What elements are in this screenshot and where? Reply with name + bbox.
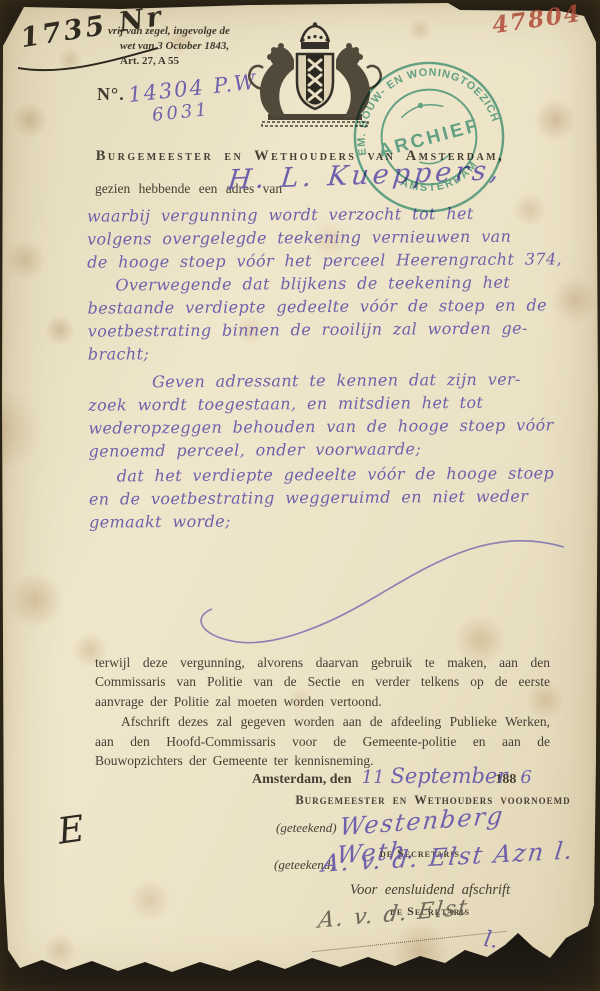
handwritten-line: en de voetbestrating weggeruimd en niet … — [89, 486, 559, 512]
date-year-suffix-handwritten: 6 — [520, 767, 531, 788]
stamp-exemption-note: vrij van zegel, ingevolge de wet van 3 O… — [108, 24, 230, 69]
lion-left-icon — [249, 43, 294, 117]
printed-paragraph: terwijl deze vergunning, alvorens daarva… — [95, 653, 550, 711]
stamp-center-text: ARCHIEF — [376, 114, 482, 161]
svg-text:AMSTERDAM: AMSTERDAM — [396, 156, 485, 203]
handwritten-line: volgens overgelegde teekening vernieuwen… — [87, 226, 557, 252]
handwritten-line: wederopzeggen behouden van de hooge stoe… — [88, 415, 558, 441]
handwritten-line: bracht; — [88, 341, 558, 367]
printed-conditions: terwijl deze vergunning, alvorens daarva… — [95, 653, 550, 770]
margin-mark-e: E — [55, 808, 87, 852]
exemption-line: wet van 3 October 1843, — [120, 39, 230, 54]
handwritten-body: waarbij vergunning wordt verzocht tot he… — [87, 203, 559, 535]
handwritten-line: dat het verdiepte gedeelte vóór de hooge… — [117, 463, 559, 489]
handwritten-line: de hooge stoep vóór het perceel Heerengr… — [87, 249, 557, 275]
handwritten-line: bestaande verdiepte gedeelte vóór de sto… — [87, 295, 557, 321]
handwritten-line: waarbij vergunning wordt verzocht tot he… — [87, 203, 557, 229]
handwritten-line: voetbestrating binnen de rooilijn zal wo… — [88, 318, 558, 344]
exemption-line: Art. 27, A 55 — [120, 54, 230, 69]
copy-attestation: Voor eensluidend afschrift — [300, 882, 560, 899]
exemption-line: vrij van zegel, ingevolge de — [108, 24, 230, 39]
shield-icon — [297, 54, 333, 109]
date-day-handwritten: 11 — [362, 767, 385, 788]
stamp-arc-bottom-text: AMSTERDAM — [396, 156, 485, 203]
date-month-handwritten: September — [390, 764, 507, 788]
handwritten-line: genoemd perceel, onder voorwaarde; — [88, 438, 558, 464]
handwritten-line: Overwegende dat blijkens de teekening he… — [115, 272, 557, 298]
date-line: Amsterdam, den 11 September 188 6 — [252, 764, 532, 788]
scanned-archive-photo: { "colors": { "background": "#1b1813", "… — [0, 0, 600, 991]
crown-icon — [301, 22, 329, 49]
signed-label: (geteekend) — [276, 820, 337, 836]
handwritten-line: zoek wordt toegestaan, en mitsdien het t… — [88, 392, 558, 418]
printed-paragraph: Afschrift dezes zal gegeven worden aan d… — [95, 712, 550, 770]
handwritten-line: gemaakt worde; — [89, 509, 559, 535]
date-prefix: Amsterdam, den — [252, 772, 352, 787]
handwritten-line: Geven adressant te kennen dat zijn ver- — [152, 369, 558, 395]
number-label: N°. — [97, 84, 125, 105]
